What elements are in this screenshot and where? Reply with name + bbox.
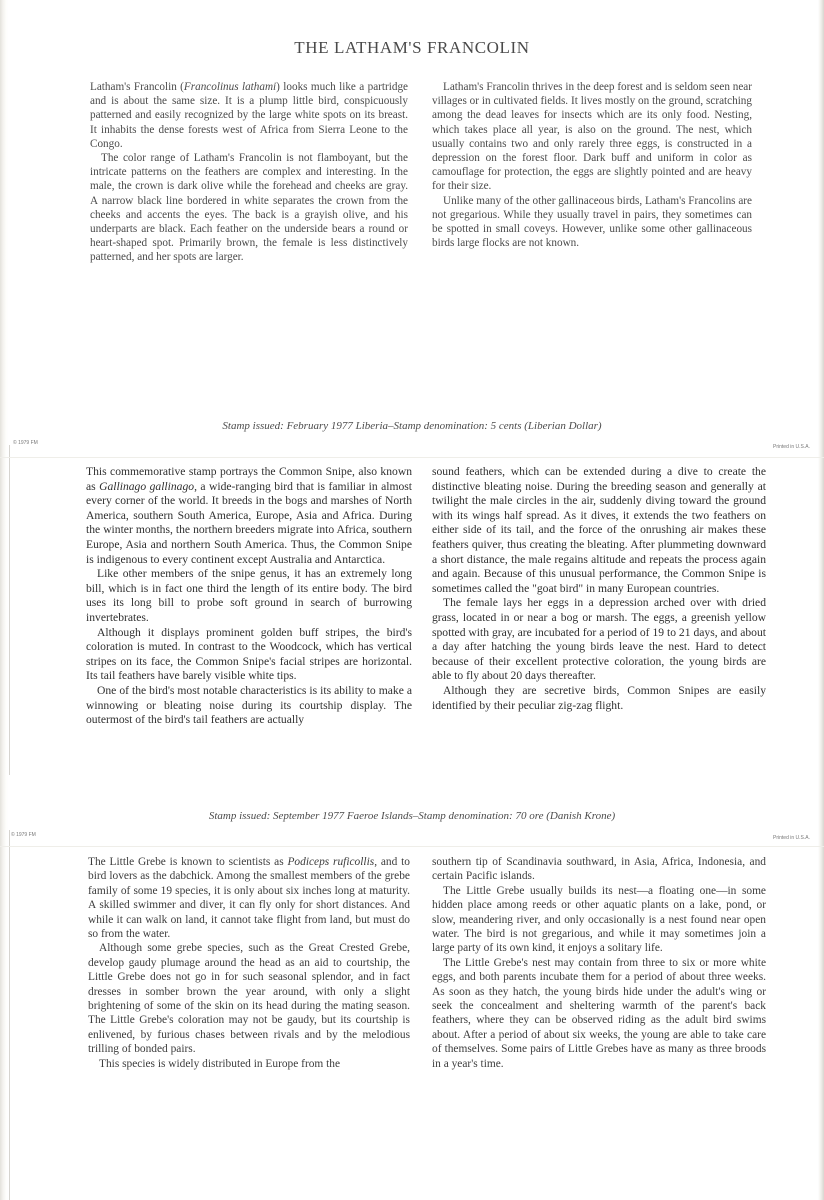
paragraph: The Little Grebe's nest may contain from…: [432, 956, 766, 1071]
paragraph: Latham's Francolin thrives in the deep f…: [432, 80, 752, 194]
section-divider: [0, 846, 824, 847]
scientific-name: Francolinus lathami: [184, 81, 276, 93]
paragraph: This commemorative stamp portrays the Co…: [86, 465, 412, 567]
paragraph: southern tip of Scandinavia southward, i…: [432, 855, 766, 884]
paragraph: The female lays her eggs in a depression…: [432, 596, 766, 684]
page-title: THE LATHAM'S FRANCOLIN: [0, 38, 824, 58]
stamp-caption: Stamp issued: February 1977 Liberia–Stam…: [0, 420, 824, 432]
page-edge-right: [818, 0, 824, 1200]
paragraph: The Little Grebe usually builds its nest…: [432, 884, 766, 956]
francolin-right-column: Latham's Francolin thrives in the deep f…: [432, 80, 752, 250]
snipe-right-column: sound feathers, which can be extended du…: [432, 465, 766, 713]
edge-mark: [9, 830, 10, 1200]
printed-mark: Printed in U.S.A.: [773, 835, 810, 841]
scientific-name: Gallinago gallinago: [99, 480, 194, 493]
copyright-mark: © 1979 FM: [13, 440, 38, 446]
paragraph: Like other members of the snipe genus, i…: [86, 567, 412, 625]
page-edge-left: [0, 0, 8, 1200]
paragraph: sound feathers, which can be extended du…: [432, 465, 766, 596]
paragraph: This species is widely distributed in Eu…: [88, 1057, 410, 1071]
paragraph: Although some grebe species, such as the…: [88, 941, 410, 1056]
paragraph: The color range of Latham's Francolin is…: [90, 151, 408, 265]
paragraph: Although it displays prominent golden bu…: [86, 626, 412, 684]
paragraph: One of the bird's most notable character…: [86, 684, 412, 728]
paragraph: The Little Grebe is known to scientists …: [88, 855, 410, 941]
paragraph: Latham's Francolin (Francolinus lathami)…: [90, 80, 408, 151]
edge-mark: [9, 445, 10, 775]
printed-mark: Printed in U.S.A.: [773, 444, 810, 450]
francolin-left-column: Latham's Francolin (Francolinus lathami)…: [90, 80, 408, 265]
grebe-right-column: southern tip of Scandinavia southward, i…: [432, 855, 766, 1071]
paragraph: Unlike many of the other gallinaceous bi…: [432, 194, 752, 251]
copyright-mark: © 1979 FM: [11, 832, 36, 838]
snipe-left-column: This commemorative stamp portrays the Co…: [86, 465, 412, 728]
paragraph: Although they are secretive birds, Commo…: [432, 684, 766, 713]
grebe-left-column: The Little Grebe is known to scientists …: [88, 855, 410, 1071]
section-divider: [0, 457, 824, 458]
stamp-caption: Stamp issued: September 1977 Faeroe Isla…: [0, 810, 824, 822]
scientific-name: Podiceps ruficollis: [287, 856, 374, 868]
